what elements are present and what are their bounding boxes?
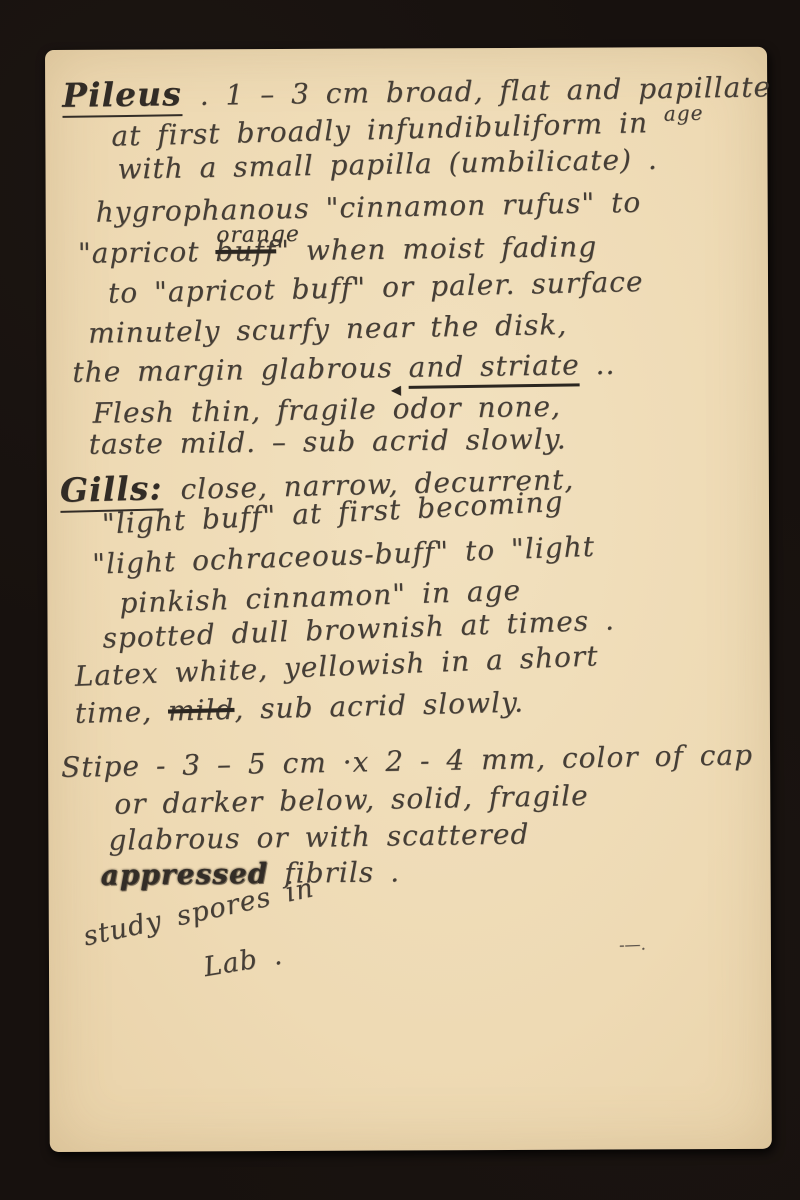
text-segment: taste mild. – sub acrid slowly.: [89, 422, 567, 460]
text-segment: , sub acrid slowly.: [234, 686, 524, 726]
text-segment: Stipe - 3 – 5 cm ·x 2 - 4 mm, color of c…: [61, 738, 753, 784]
handwritten-line: Stipe - 3 – 5 cm ·x 2 - 4 mm, color of c…: [61, 738, 753, 784]
text-segment: ‐—.: [619, 934, 646, 954]
text-segment: to "apricot buff" or paler. surface: [108, 265, 644, 310]
section-heading: Pileus: [62, 74, 182, 118]
handwritten-line: ‐—.: [618, 926, 646, 957]
text-segment: time,: [74, 695, 168, 730]
handwritten-line: Lab .: [202, 940, 285, 983]
text-segment: glabrous or with scattered: [108, 817, 529, 856]
text-segment: and striate: [408, 348, 580, 389]
inserted-word: orange: [216, 222, 300, 248]
text-segment: or darker below, solid, fragile: [114, 779, 589, 821]
text-segment: minutely scurfy near the disk,: [88, 308, 568, 350]
text-segment: hygrophanous "cinnamon rufus" to: [95, 186, 641, 229]
handwritten-line: time, mild, sub acrid slowly.: [74, 686, 524, 730]
text-segment: "apricot: [78, 235, 216, 270]
handwritten-line: hygrophanous "cinnamon rufus" to: [95, 186, 641, 229]
note-card: Pileus . 1 – 3 cm broad, flat and papill…: [45, 47, 772, 1152]
handwritten-line: glabrous or with scattered: [108, 817, 529, 856]
text-segment: mild: [168, 693, 235, 728]
photo-background: Pileus . 1 – 3 cm broad, flat and papill…: [0, 0, 800, 1200]
handwritten-line: to "apricot buff" or paler. surface: [108, 265, 644, 310]
text-segment: ..: [579, 348, 615, 382]
text-segment: " when moist fading: [276, 230, 597, 267]
text-segment: age: [663, 101, 703, 126]
handwritten-line: "apricot bufforange" when moist fading: [78, 230, 598, 270]
handwritten-line: minutely scurfy near the disk,: [88, 308, 568, 350]
text-segment: the margin glabrous: [72, 351, 409, 389]
handwritten-line: or darker below, solid, fragile: [114, 779, 589, 821]
handwritten-line: the margin glabrous and striate ..: [72, 348, 615, 389]
text-segment: bufforange: [215, 234, 276, 268]
text-segment: Lab .: [202, 940, 285, 983]
handwritten-line: taste mild. – sub acrid slowly.: [89, 422, 567, 460]
